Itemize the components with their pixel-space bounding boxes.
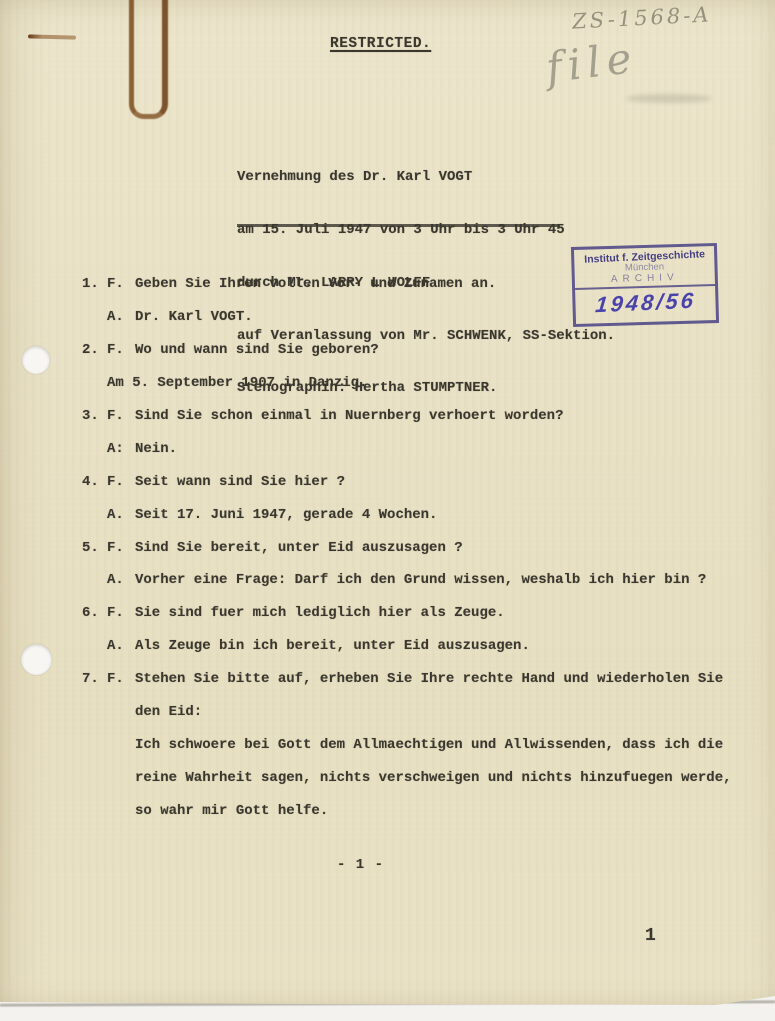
speaker-label: F. [107,342,124,358]
qa-transcript: 1. F. Geben Sie Ihren vollen Vor- und Zu… [82,276,742,836]
qa-text: Am 5. September 1907 in Danzig. [107,375,367,391]
qa-line: 2. F. Wo und wann sind Sie geboren? [82,342,742,375]
qa-line: so wahr mir Gott helfe. [82,803,742,836]
paper-sheet: RESTRICTED. ZS-1568-A file Vernehmung de… [0,0,775,1007]
qa-text: reine Wahrheit sagen, nichts verschweige… [135,770,732,786]
qa-text: Seit 17. Juni 1947, gerade 4 Wochen. [135,507,437,523]
corner-page-number: 1 [645,926,656,946]
pencil-smudge-mark [626,94,712,103]
speaker-label: F. [107,408,124,424]
qa-line: den Eid: [82,704,742,737]
punch-hole-bottom [21,644,52,675]
scanned-document-page: RESTRICTED. ZS-1568-A file Vernehmung de… [0,0,775,1021]
question-number: 7. [82,671,99,687]
speaker-label: F. [107,276,124,292]
page-footer-number: - 1 - [337,857,384,873]
qa-text: Ich schwoere bei Gott dem Allmaechtigen … [135,737,723,753]
qa-line: Am 5. September 1907 in Danzig. [82,375,742,408]
qa-line: reine Wahrheit sagen, nichts verschweige… [82,770,742,803]
qa-line: 5. F. Sind Sie bereit, unter Eid auszusa… [82,540,742,573]
rust-stain-mark [28,34,76,39]
qa-text: Als Zeuge bin ich bereit, unter Eid ausz… [135,638,530,654]
question-number: 2. [82,342,99,358]
speaker-label: A. [107,572,124,588]
handwritten-file-note: file [543,33,640,93]
qa-text: Vorher eine Frage: Darf ich den Grund wi… [135,572,706,588]
question-number: 6. [82,605,99,621]
qa-text: Seit wann sind Sie hier ? [135,474,345,490]
speaker-label: F. [107,671,124,687]
speaker-label: A. [107,507,124,523]
speaker-label: A. [107,309,124,325]
qa-line: A. Vorher eine Frage: Darf ich den Grund… [82,572,742,605]
qa-line: A. Als Zeuge bin ich bereit, unter Eid a… [82,638,742,671]
punch-hole-top [22,346,50,374]
qa-text: Stehen Sie bitte auf, erheben Sie Ihre r… [135,671,723,687]
qa-text: Wo und wann sind Sie geboren? [135,342,379,358]
qa-line: 1. F. Geben Sie Ihren vollen Vor- und Zu… [82,276,742,309]
speaker-label: A. [107,638,124,654]
qa-line: Ich schwoere bei Gott dem Allmaechtigen … [82,737,742,770]
speaker-label: F. [107,474,124,490]
qa-text: Sind Sie bereit, unter Eid auszusagen ? [135,540,463,556]
paperclip-rust-mark [129,0,168,119]
speaker-label: F. [107,540,124,556]
handwritten-file-reference: ZS-1568-A [571,2,712,33]
classification-heading: RESTRICTED. [330,36,431,52]
qa-text: Dr. Karl VOGT. [135,309,253,325]
header-line-subject: Vernehmung des Dr. Karl VOGT [237,169,615,187]
qa-text: Nein. [135,441,177,457]
speaker-label: A: [107,441,124,457]
qa-text: Sie sind fuer mich lediglich hier als Ze… [135,605,505,621]
question-number: 3. [82,408,99,424]
qa-text: den Eid: [135,704,202,720]
qa-line: A: Nein. [82,441,742,474]
question-number: 1. [82,276,99,292]
qa-line: A. Seit 17. Juni 1947, gerade 4 Wochen. [82,507,742,540]
qa-line: 6. F. Sie sind fuer mich lediglich hier … [82,605,742,638]
qa-text: Sind Sie schon einmal in Nuernberg verho… [135,408,563,424]
qa-line: A. Dr. Karl VOGT. [82,309,742,342]
header-underline-rule [237,224,560,227]
qa-text: Geben Sie Ihren vollen Vor- und Zunamen … [135,276,496,292]
qa-text: so wahr mir Gott helfe. [135,803,328,819]
speaker-label: F. [107,605,124,621]
qa-line: 3. F. Sind Sie schon einmal in Nuernberg… [82,408,742,441]
question-number: 4. [82,474,99,490]
qa-line: 7. F. Stehen Sie bitte auf, erheben Sie … [82,671,742,704]
question-number: 5. [82,540,99,556]
qa-line: 4. F. Seit wann sind Sie hier ? [82,474,742,507]
